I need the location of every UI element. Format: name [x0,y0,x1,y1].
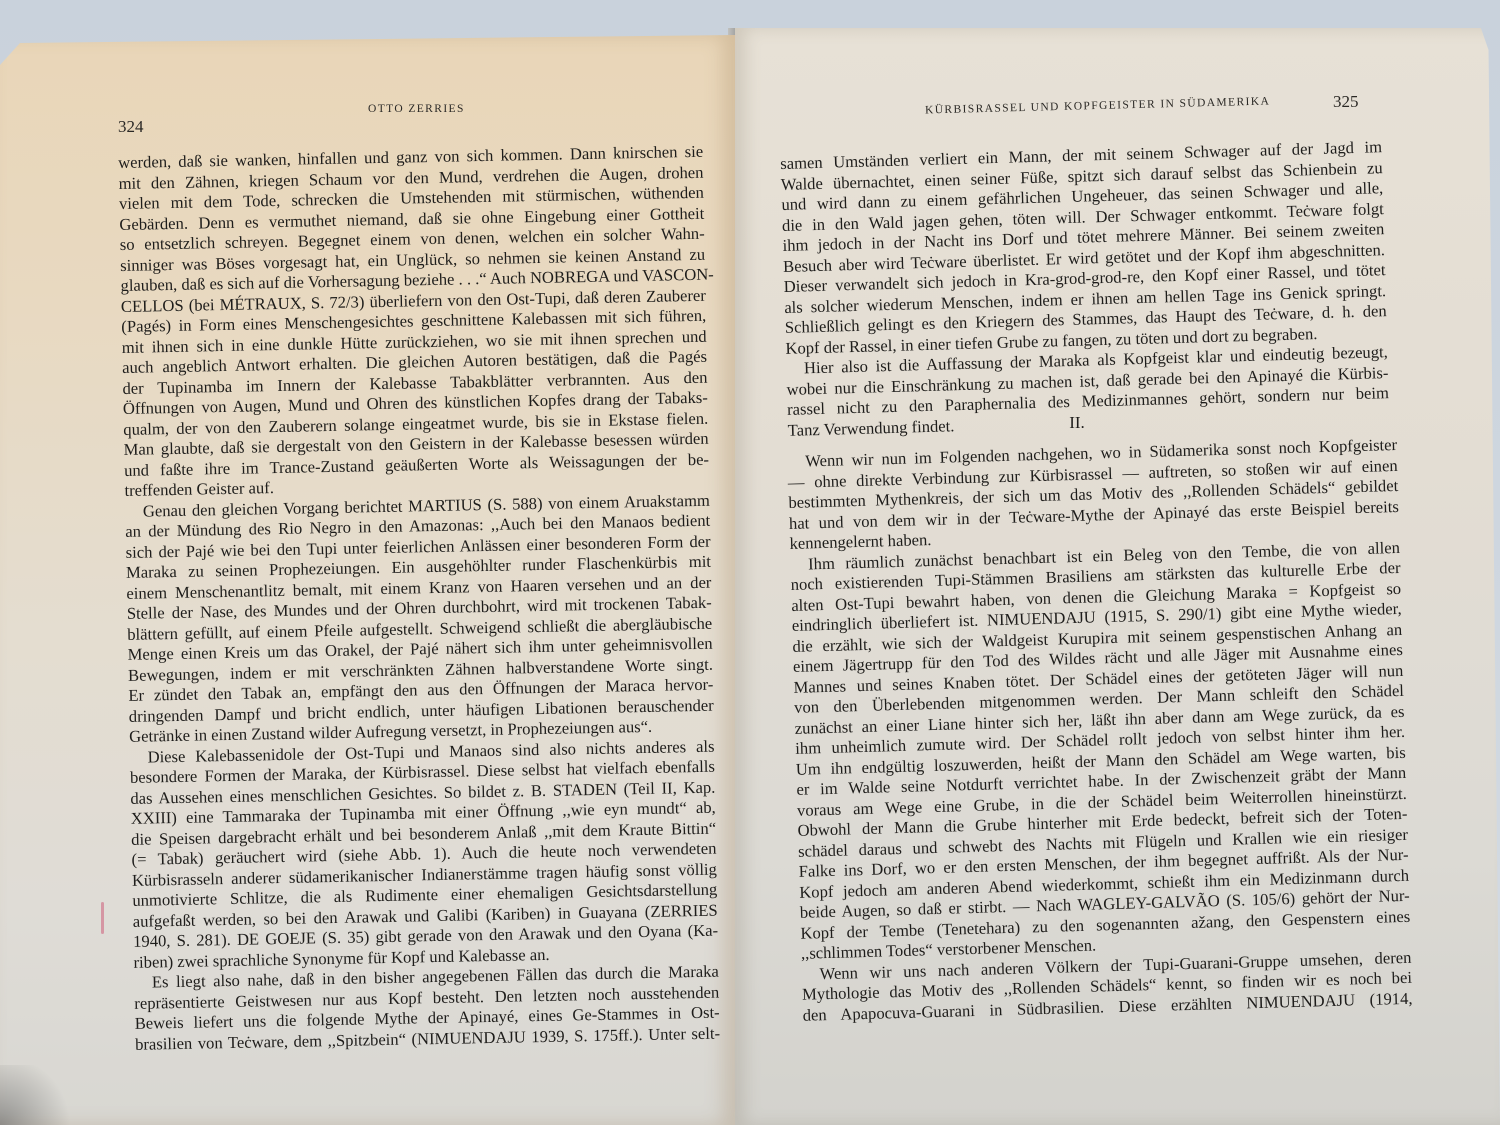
left-page: 324 OTTO ZERRIES werden, daß sie wanken,… [0,35,735,1125]
body-text: werden, daß sie wanken, hinfallen und ga… [118,142,720,1055]
body-text: samen Umständen verliert ein Mann, der m… [780,137,1390,441]
running-head: KÜRBISRASSEL UND KOPFGEISTER IN SÜDAMERI… [925,95,1270,116]
shadow [0,1065,80,1125]
right-page: 325 KÜRBISRASSEL UND KOPFGEISTER IN SÜDA… [735,28,1500,1125]
pink-margin-mark [101,902,104,934]
page-number: 324 [118,117,144,137]
section-heading: II. [1057,413,1097,433]
running-head: OTTO ZERRIES [368,103,465,115]
body-text: Wenn wir nun im Folgenden nachgehen, wo … [787,435,1413,1026]
page-number: 325 [1333,92,1359,112]
